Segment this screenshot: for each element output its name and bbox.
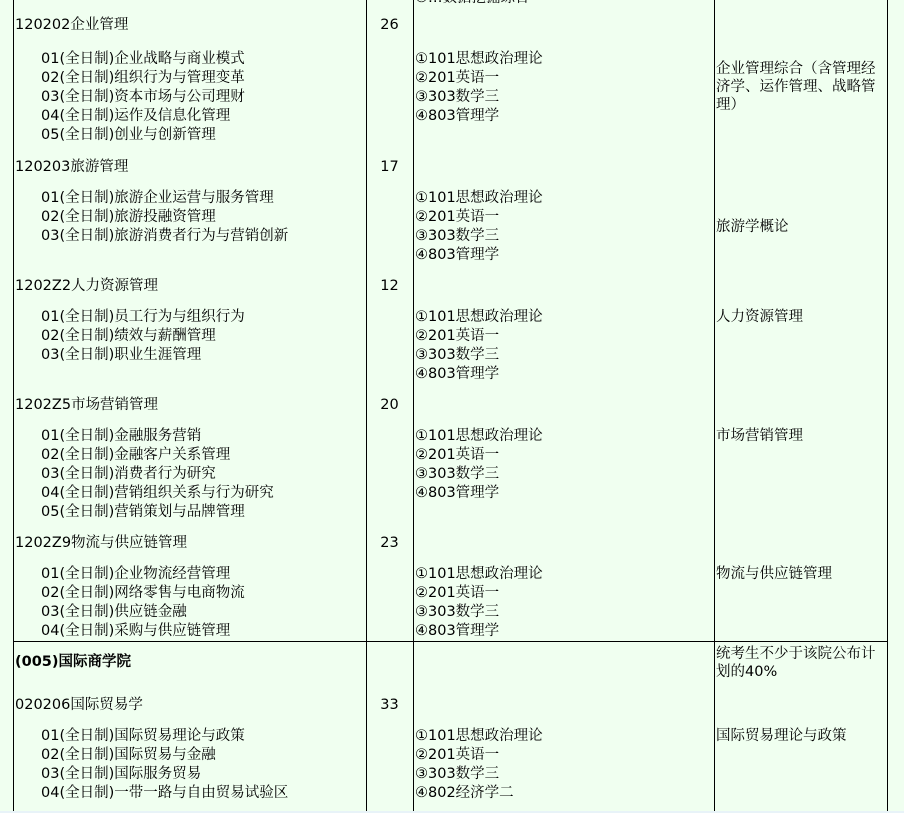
remark-cell: 人力资源管理 bbox=[716, 308, 884, 326]
major-title: 120203旅游管理 bbox=[15, 158, 128, 177]
exam-subject: ②201英语一 bbox=[415, 746, 543, 765]
direction-item: 02(全日制)网络零售与电商物流 bbox=[41, 584, 245, 603]
exam-subject: ②201英语一 bbox=[415, 446, 543, 465]
direction-item: 05(全日制)创业与创新管理 bbox=[41, 126, 245, 145]
remark-cell: 旅游学概论 bbox=[716, 218, 884, 236]
direction-item: 05(全日制)营销策划与品牌管理 bbox=[41, 503, 274, 522]
exam-subject: ①101思想政治理论 bbox=[415, 427, 543, 446]
exam-subject-list: ①101思想政治理论 ②201英语一 ③303数学三 ④803管理学 bbox=[415, 427, 543, 503]
direction-item: 03(全日制)旅游消费者行为与营销创新 bbox=[41, 227, 288, 246]
exam-subject-list: ①101思想政治理论 ②201英语一 ③303数学三 ④803管理学 bbox=[415, 565, 543, 641]
remark-cell: 国际贸易理论与政策 bbox=[716, 727, 884, 745]
exam-subject: ③303数学三 bbox=[415, 603, 543, 622]
exam-subject: ②201英语一 bbox=[415, 69, 543, 88]
exam-subject: ③303数学三 bbox=[415, 346, 543, 365]
exam-subject-list: ①101思想政治理论 ②201英语一 ③303数学三 ④802经济学二 bbox=[415, 727, 543, 803]
direction-item: 03(全日制)国际服务贸易 bbox=[41, 765, 288, 784]
direction-item: 03(全日制)资本市场与公司理财 bbox=[41, 88, 245, 107]
enrollment-count: 12 bbox=[366, 277, 413, 296]
major-title: 020206国际贸易学 bbox=[15, 696, 143, 715]
remark-cell: 企业管理综合（含管理经济学、运作管理、战略管理） bbox=[716, 60, 884, 114]
exam-subject: ③303数学三 bbox=[415, 465, 543, 484]
direction-item: 01(全日制)企业战略与商业模式 bbox=[41, 50, 245, 69]
direction-item: 01(全日制)员工行为与组织行为 bbox=[41, 308, 245, 327]
exam-subject: ②201英语一 bbox=[415, 208, 543, 227]
major-title: 1202Z5市场营销管理 bbox=[15, 396, 158, 415]
grid-line-right bbox=[887, 0, 888, 811]
school-divider bbox=[13, 641, 888, 642]
exam-subject: ③303数学三 bbox=[415, 765, 543, 784]
exam-subject: ④803管理学 bbox=[415, 622, 543, 641]
school-remark: 统考生不少于该院公布计划的40% bbox=[716, 645, 884, 681]
direction-item: 03(全日制)消费者行为研究 bbox=[41, 465, 274, 484]
direction-item: 01(全日制)旅游企业运营与服务管理 bbox=[41, 189, 288, 208]
exam-subject: ③303数学三 bbox=[415, 227, 543, 246]
enrollment-count: 17 bbox=[366, 158, 413, 177]
exam-subject: ④803管理学 bbox=[415, 246, 543, 265]
direction-item: 01(全日制)国际贸易理论与政策 bbox=[41, 727, 288, 746]
exam-subject-list: ①101思想政治理论 ②201英语一 ③303数学三 ④803管理学 bbox=[415, 50, 543, 126]
exam-subject: ④803管理学 bbox=[415, 484, 543, 503]
remark-cell: 物流与供应链管理 bbox=[716, 565, 884, 583]
direction-item: 04(全日制)营销组织关系与行为研究 bbox=[41, 484, 274, 503]
direction-list: 01(全日制)国际贸易理论与政策 02(全日制)国际贸易与金融 03(全日制)国… bbox=[41, 727, 288, 803]
direction-item: 01(全日制)金融服务营销 bbox=[41, 427, 274, 446]
direction-list: 01(全日制)企业物流经营管理 02(全日制)网络零售与电商物流 03(全日制)… bbox=[41, 565, 245, 641]
exam-subject: ①101思想政治理论 bbox=[415, 308, 543, 327]
exam-subject-list: ①101思想政治理论 ②201英语一 ③303数学三 ④803管理学 bbox=[415, 308, 543, 384]
direction-item: 04(全日制)运作及信息化管理 bbox=[41, 107, 245, 126]
direction-item: 02(全日制)绩效与薪酬管理 bbox=[41, 327, 245, 346]
remark-cell: 市场营销管理 bbox=[716, 427, 884, 445]
grid-line-col3 bbox=[413, 0, 414, 811]
exam-subject-list: ①101思想政治理论 ②201英语一 ③303数学三 ④803管理学 bbox=[415, 189, 543, 265]
major-title: 120202企业管理 bbox=[15, 16, 128, 35]
direction-list: 01(全日制)员工行为与组织行为 02(全日制)绩效与薪酬管理 03(全日制)职… bbox=[41, 308, 245, 365]
exam-subject: ①101思想政治理论 bbox=[415, 727, 543, 746]
direction-item: 01(全日制)企业物流经营管理 bbox=[41, 565, 245, 584]
direction-list: 01(全日制)旅游企业运营与服务管理 02(全日制)旅游投融资管理 03(全日制… bbox=[41, 189, 288, 246]
enrollment-count: 33 bbox=[366, 696, 413, 715]
admissions-catalog-table: ⑤…数据挖掘综合 120202企业管理 26 01(全日制)企业战略与商业模式 … bbox=[0, 0, 904, 811]
enrollment-count: 20 bbox=[366, 396, 413, 415]
exam-subject: ③303数学三 bbox=[415, 88, 543, 107]
direction-item: 02(全日制)组织行为与管理变革 bbox=[41, 69, 245, 88]
exam-subject: ①101思想政治理论 bbox=[415, 189, 543, 208]
exam-subject: ②201英语一 bbox=[415, 327, 543, 346]
exam-subject: ②201英语一 bbox=[415, 584, 543, 603]
direction-item: 03(全日制)供应链金融 bbox=[41, 603, 245, 622]
direction-item: 02(全日制)国际贸易与金融 bbox=[41, 746, 288, 765]
direction-item: 04(全日制)一带一路与自由贸易试验区 bbox=[41, 784, 288, 803]
exam-subject: ④803管理学 bbox=[415, 365, 543, 384]
exam-subject: ④803管理学 bbox=[415, 107, 543, 126]
direction-item: 02(全日制)旅游投融资管理 bbox=[41, 208, 288, 227]
partial-exam-fragment: ⑤…数据挖掘综合 bbox=[415, 0, 530, 8]
major-title: 1202Z9物流与供应链管理 bbox=[15, 534, 187, 553]
direction-item: 03(全日制)职业生涯管理 bbox=[41, 346, 245, 365]
grid-line-left bbox=[13, 0, 14, 811]
enrollment-count: 23 bbox=[366, 534, 413, 553]
school-title: (005)国际商学院 bbox=[15, 653, 131, 672]
direction-item: 04(全日制)采购与供应链管理 bbox=[41, 622, 245, 641]
direction-list: 01(全日制)企业战略与商业模式 02(全日制)组织行为与管理变革 03(全日制… bbox=[41, 50, 245, 145]
major-title: 1202Z2人力资源管理 bbox=[15, 277, 158, 296]
direction-list: 01(全日制)金融服务营销 02(全日制)金融客户关系管理 03(全日制)消费者… bbox=[41, 427, 274, 522]
exam-subject: ④802经济学二 bbox=[415, 784, 543, 803]
exam-subject: ①101思想政治理论 bbox=[415, 565, 543, 584]
direction-item: 02(全日制)金融客户关系管理 bbox=[41, 446, 274, 465]
grid-line-col4 bbox=[714, 0, 715, 811]
enrollment-count: 26 bbox=[366, 16, 413, 35]
exam-subject: ①101思想政治理论 bbox=[415, 50, 543, 69]
